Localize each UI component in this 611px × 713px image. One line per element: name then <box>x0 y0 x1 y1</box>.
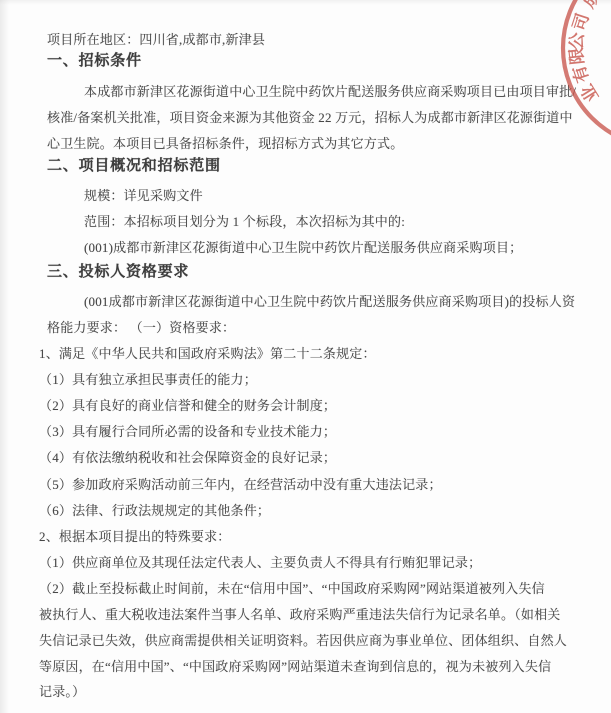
doc-line: 核准/备案机关批准，项目资金来源为其他资金 22 万元，招标人为成都市新津区花源… <box>47 108 573 127</box>
requirement-item-1-3: （3）具有履行合同所必需的设备和专业技术能力； <box>39 422 336 441</box>
requirement-item-1-4: （4）有依法缴纳税收和社会保障资金的良好记录； <box>39 448 336 467</box>
doc-line: 本成都市新津区花源街道中心卫生院中药饮片配送服务供应商采购项目已由项目审批/ <box>84 82 576 101</box>
seal-character: 成 <box>579 0 605 11</box>
requirement-item-1-6: （6）法律、行政法规规定的其他条件； <box>39 501 270 520</box>
doc-line: (001成都市新津区花源街道中心卫生院中药饮片配送服务供应商采购项目)的投标人资 <box>84 292 575 311</box>
scan-edge-shadow-left <box>0 0 9 713</box>
scan-edge-shadow-top <box>0 0 611 5</box>
section-heading-bid-conditions: 一、招标条件 <box>47 52 142 71</box>
doc-line: 失信记录已失效，供应商需提供相关证明资料。若因供应商为事业单位、团体组织、自然人 <box>39 631 567 650</box>
requirement-item-1: 1、满足《中华人民共和国政府采购法》第二十二条规定： <box>39 344 376 363</box>
seal-character: 业 <box>577 81 602 105</box>
section-heading-project-overview: 二、项目概况和招标范围 <box>47 157 221 176</box>
requirement-item-2-2: （2）截止至投标截止时间前，未在“信用中国”、“中国政府采购网”网站渠道被列入失… <box>39 579 545 598</box>
requirement-item-1-5: （5）参加政府采购活动前三年内，在经营活动中没有重大违法记录； <box>39 475 442 494</box>
requirement-item-1-1: （1）具有独立承担民事责任的能力； <box>39 370 257 389</box>
doc-line: 记录。） <box>39 682 85 701</box>
document-page: 项目所在地区：四川省,成都市,新津县 一、招标条件 本成都市新津区花源街道中心卫… <box>0 0 611 713</box>
requirement-item-1-2: （2）具有良好的商业信誉和健全的财务会计制度； <box>39 396 336 415</box>
seal-character: 限 <box>567 47 588 66</box>
seal-character: 司 <box>569 11 592 33</box>
doc-line: 被执行人、重大税收违法案件当事人名单、政府采购严重违法失信行为记录名单。（如相关 <box>39 605 561 624</box>
doc-line: 等原因，在“信用中国”、“中国政府采购网”网站渠道未查询到信息的，视为未被列入失… <box>39 657 551 676</box>
doc-line: 心卫生院。本项目已具备招标条件，现招标方式为其它方式。 <box>47 134 403 153</box>
doc-line: 格能力要求： （一）资格要求： <box>47 318 235 337</box>
requirement-item-2-1: （1）供应商单位及其现任法定代表人、主要负责人不得具有行贿犯罪记录； <box>39 553 481 572</box>
seal-character: 公 <box>567 32 587 51</box>
project-location-line: 项目所在地区：四川省,成都市,新津县 <box>47 30 265 49</box>
scope-line: 范围：本招标项目划分为 1 个标段，本次招标为其中的: <box>84 212 405 231</box>
lot-001-line: (001)成都市新津区花源街道中心卫生院中药饮片配送服务供应商采购项目； <box>84 238 522 257</box>
requirement-item-2: 2、根据本项目提出的特殊要求： <box>39 527 231 546</box>
scale-line: 规模：详见采购文件 <box>84 186 203 205</box>
section-heading-bidder-qualifications: 三、投标人资格要求 <box>47 263 189 282</box>
